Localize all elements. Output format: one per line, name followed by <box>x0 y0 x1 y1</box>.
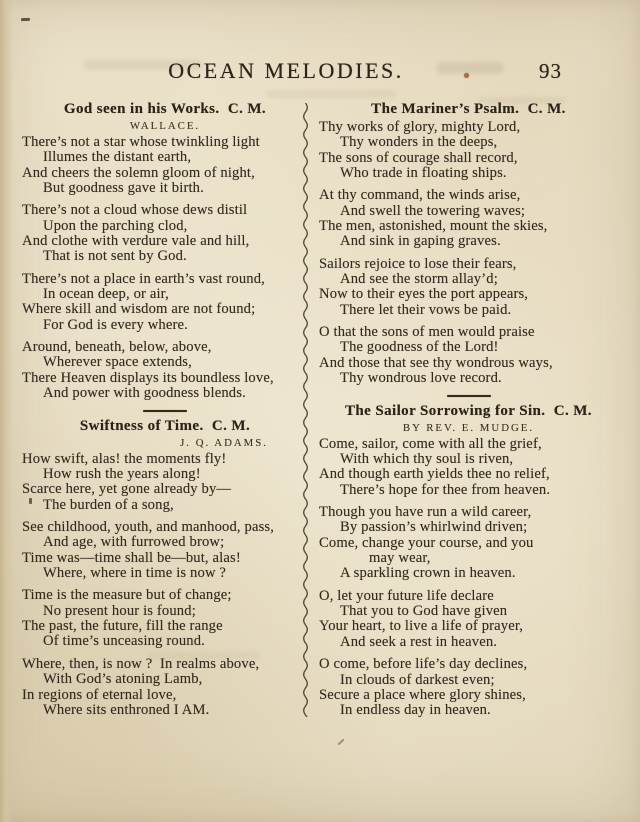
verse-line: Upon the parching clod, <box>22 219 308 234</box>
verse-line: That is not sent by God. <box>22 249 308 264</box>
hymn-byline: WALLACE. <box>22 120 308 133</box>
verse-line: O that the sons of men would praise <box>319 325 618 340</box>
stanza: How swift, alas! the moments fly!How rus… <box>22 452 308 513</box>
hymn-separator-rule <box>447 395 491 397</box>
stray-ink-mark <box>29 498 32 504</box>
stanza: There’s not a place in earth’s vast roun… <box>22 272 308 333</box>
verse-line: And those that see thy wondrous ways, <box>319 356 618 371</box>
verse-line: Illumes the distant earth, <box>22 150 308 165</box>
verse-line: And swell the towering waves; <box>319 204 618 219</box>
verse-line: And cheers the solemn gloom of night, <box>22 166 308 181</box>
verse-line: Who trade in floating ships. <box>319 166 618 181</box>
verse-line: Where sits enthroned I AM. <box>22 703 308 718</box>
stanza: O that the sons of men would praiseThe g… <box>319 325 618 386</box>
verse-line: Where skill and wisdom are not found; <box>22 302 308 317</box>
verse-line: With which thy soul is riven, <box>319 452 618 467</box>
verse-line: The sons of courage shall record, <box>319 151 618 166</box>
hymn-byline: J. Q. ADAMS. <box>22 437 308 450</box>
verse-line: Though you have run a wild career, <box>319 505 618 520</box>
verse-line: Time is the measure but of change; <box>22 588 308 603</box>
hymn: The Sailor Sorrowing for Sin. C. M.BY RE… <box>319 403 618 719</box>
verse-line: And sink in gaping graves. <box>319 234 618 249</box>
hymn-separator-rule <box>143 410 187 412</box>
page-header: OCEAN MELODIES. 93 <box>0 58 640 92</box>
verse-line: There’s hope for thee from heaven. <box>319 483 618 498</box>
verse-line: Come, sailor, come with all the grief, <box>319 437 618 452</box>
stanza: O, let your future life declareThat you … <box>319 589 618 650</box>
verse-line: Thy wondrous love record. <box>319 371 618 386</box>
verse-line: See childhood, youth, and manhood, pass, <box>22 520 308 535</box>
verse-line: But goodness gave it birth. <box>22 181 308 196</box>
hymn-title: God seen in his Works. C. M. <box>22 101 308 118</box>
verse-line: By passion’s whirlwind driven; <box>319 520 618 535</box>
verse-line: Sailors rejoice to lose their fears, <box>319 257 618 272</box>
hymn-byline: BY REV. E. MUDGE. <box>319 422 618 435</box>
verse-line: The burden of a song, <box>22 498 308 513</box>
verse-line: There’s not a star whose twinkling light <box>22 135 308 150</box>
hymn-title: The Mariner’s Psalm. C. M. <box>319 101 618 118</box>
verse-line: And seek a rest in heaven. <box>319 635 618 650</box>
verse-line: The men, astonished, mount the skies, <box>319 219 618 234</box>
column-divider-squiggle <box>300 101 312 717</box>
page-number: 93 <box>539 59 562 84</box>
stanza: Thy works of glory, mighty Lord,Thy wond… <box>319 120 618 181</box>
verse-line: Where, then, is now ? In realms above, <box>22 657 308 672</box>
hymn: The Mariner’s Psalm. C. M.Thy works of g… <box>319 101 618 387</box>
stanza: Come, sailor, come with all the grief,Wi… <box>319 437 618 498</box>
verse-line: And see the storm allay’d; <box>319 272 618 287</box>
verse-line: Scarce here, yet gone already by— <box>22 482 308 497</box>
page-title: OCEAN MELODIES. <box>168 58 404 84</box>
stanza: Time is the measure but of change;No pre… <box>22 588 308 649</box>
hymn: God seen in his Works. C. M.WALLACE.Ther… <box>22 101 308 402</box>
verse-line: may wear, <box>319 551 618 566</box>
stanza: Sailors rejoice to lose their fears,And … <box>319 257 618 318</box>
verse-line: And age, with furrowed brow; <box>22 535 308 550</box>
verse-line: How swift, alas! the moments fly! <box>22 452 308 467</box>
stanza: There’s not a cloud whose dews distilUpo… <box>22 203 308 264</box>
verse-line: With God’s atoning Lamb, <box>22 672 308 687</box>
verse-line: Your heart, to live a life of prayer, <box>319 619 618 634</box>
verse-line: And clothe with verdure vale and hill, <box>22 234 308 249</box>
verse-line: Now to their eyes the port appears, <box>319 287 618 302</box>
hymn-title: Swiftness of Time. C. M. <box>22 418 308 435</box>
verse-line: Thy works of glory, mighty Lord, <box>319 120 618 135</box>
left-column: God seen in his Works. C. M.WALLACE.Ther… <box>22 101 308 718</box>
verse-line: And power with goodness blends. <box>22 386 308 401</box>
verse-line: There’s not a cloud whose dews distil <box>22 203 308 218</box>
verse-line: A sparkling crown in heaven. <box>319 566 618 581</box>
hymn: Swiftness of Time. C. M.J. Q. ADAMS.How … <box>22 418 308 719</box>
verse-line: Where, where in time is now ? <box>22 566 308 581</box>
verse-line: O come, before life’s day declines, <box>319 657 618 672</box>
stanza: O come, before life’s day declines,In cl… <box>319 657 618 718</box>
verse-line: There Heaven displays its boundless love… <box>22 371 308 386</box>
verse-line: Secure a place where glory shines, <box>319 688 618 703</box>
verse-line: And though earth yields thee no relief, <box>319 467 618 482</box>
stanza: Where, then, is now ? In realms above,Wi… <box>22 657 308 718</box>
scratch-artifact <box>337 739 344 746</box>
verse-line: How rush the years along! <box>22 467 308 482</box>
stanza: Around, beneath, below, above,Wherever s… <box>22 340 308 401</box>
verse-line: Around, beneath, below, above, <box>22 340 308 355</box>
verse-line: That you to God have given <box>319 604 618 619</box>
stanza: See childhood, youth, and manhood, pass,… <box>22 520 308 581</box>
hymn-title: The Sailor Sorrowing for Sin. C. M. <box>319 403 618 420</box>
verse-line: No present hour is found; <box>22 604 308 619</box>
verse-line: In endless day in heaven. <box>319 703 618 718</box>
verse-line: Thy wonders in the deeps, <box>319 135 618 150</box>
verse-line: In regions of eternal love, <box>22 688 308 703</box>
verse-line: In clouds of darkest even; <box>319 673 618 688</box>
page-edge-shadow <box>0 0 13 822</box>
ink-dash-artifact <box>21 18 30 21</box>
stanza: Though you have run a wild career,By pas… <box>319 505 618 582</box>
verse-line: Of time’s unceasing round. <box>22 634 308 649</box>
verse-line: There let their vows be paid. <box>319 303 618 318</box>
verse-line: O, let your future life declare <box>319 589 618 604</box>
verse-line: Wherever space extends, <box>22 355 308 370</box>
right-column: The Mariner’s Psalm. C. M.Thy works of g… <box>319 101 618 719</box>
verse-line: For God is every where. <box>22 318 308 333</box>
verse-line: There’s not a place in earth’s vast roun… <box>22 272 308 287</box>
verse-line: The goodness of the Lord! <box>319 340 618 355</box>
stanza: There’s not a star whose twinkling light… <box>22 135 308 196</box>
verse-line: Time was—time shall be—but, alas! <box>22 551 308 566</box>
verse-line: Come, change your course, and you <box>319 536 618 551</box>
verse-line: In ocean deep, or air, <box>22 287 308 302</box>
red-speck-artifact <box>464 73 469 78</box>
stanza: At thy command, the winds arise,And swel… <box>319 188 618 249</box>
verse-line: At thy command, the winds arise, <box>319 188 618 203</box>
book-page: OCEAN MELODIES. 93 God seen in his Works… <box>0 0 640 822</box>
verse-line: The past, the future, fill the range <box>22 619 308 634</box>
